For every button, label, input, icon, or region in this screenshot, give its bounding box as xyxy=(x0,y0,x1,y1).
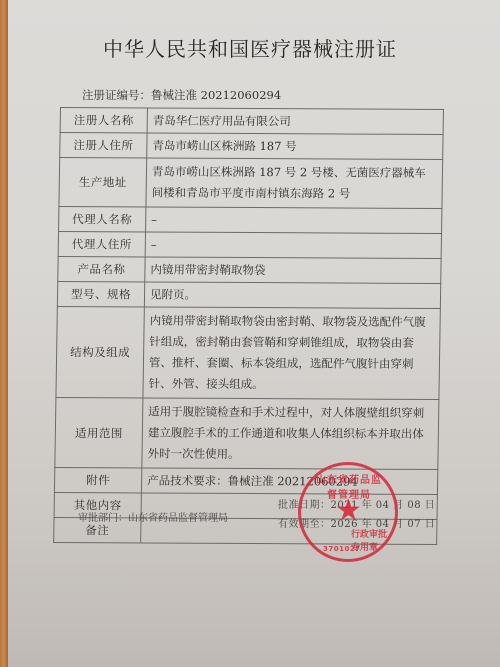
row-label: 注册人名称 xyxy=(60,108,147,133)
table-row: 代理人住所 – xyxy=(58,232,441,259)
registration-number-value: 鲁械注准 20212060294 xyxy=(151,88,281,102)
row-label: 生产地址 xyxy=(59,158,147,207)
row-label: 附件 xyxy=(54,467,141,492)
star-icon: ★ xyxy=(335,493,362,528)
table-row: 产品名称 内镜用带密封鞘取物袋 xyxy=(58,257,441,284)
table-row: 适用范围 适用于腹腔镜检查和手术过程中，对人体腹壁组织穿刺建立腹腔手术的工作通道… xyxy=(55,397,439,469)
row-label: 产品名称 xyxy=(58,257,145,282)
row-label: 型号、规格 xyxy=(57,282,144,307)
row-value: 内镜用带密封鞘取物袋 xyxy=(145,257,441,284)
row-label: 代理人住所 xyxy=(58,232,145,257)
row-label: 适用范围 xyxy=(55,397,143,467)
registration-number: 注册证编号：鲁械注准 20212060294 xyxy=(82,87,281,103)
seal-code: 3701027 xyxy=(323,545,361,553)
row-value: 青岛市崂山区株洲路 187 号 2 号楼、无菌医疗器械车间楼和青岛市平度市南村镇… xyxy=(146,158,443,209)
row-value: 内镜用带密封鞘取物袋由密封鞘、取物袋及选配件气腹针组成，密封鞘由套管鞘和穿刺锥组… xyxy=(143,307,440,400)
approval-department: 审批部门：山东省药品监督管理局 xyxy=(78,509,228,524)
row-label: 注册人住所 xyxy=(60,133,147,158)
table-row: 结构及组成 内镜用带密封鞘取物袋由密封鞘、取物袋及选配件气腹针组成，密封鞘由套管… xyxy=(56,306,440,399)
table-row: 型号、规格 见附页。 xyxy=(57,282,440,309)
table-row: 生产地址 青岛市崂山区株洲路 187 号 2 号楼、无菌医疗器械车间楼和青岛市平… xyxy=(59,158,443,209)
row-label: 代理人名称 xyxy=(59,207,146,232)
official-seal: 山东省药品监督管理局 ★ 行政审批专用章 3701027 xyxy=(298,462,398,562)
row-value: – xyxy=(145,232,441,259)
table-row: 注册人名称 青岛华仁医疗用品有限公司 xyxy=(60,108,443,135)
row-value: 青岛华仁医疗用品有限公司 xyxy=(147,108,443,135)
table-row: 代理人名称 – xyxy=(59,207,442,234)
document-title: 中华人民共和国医疗器械注册证 xyxy=(0,33,500,62)
registration-number-label: 注册证编号： xyxy=(82,88,151,102)
row-value: 见附页。 xyxy=(144,282,440,309)
row-value: 青岛市崂山区株洲路 187 号 xyxy=(147,133,443,160)
table-row: 注册人住所 青岛市崂山区株洲路 187 号 xyxy=(60,133,443,160)
row-value: 适用于腹腔镜检查和手术过程中，对人体腹壁组织穿刺建立腹腔手术的工作通道和收集人体… xyxy=(142,398,439,470)
row-label: 结构及组成 xyxy=(56,306,144,397)
row-value: – xyxy=(146,207,442,234)
